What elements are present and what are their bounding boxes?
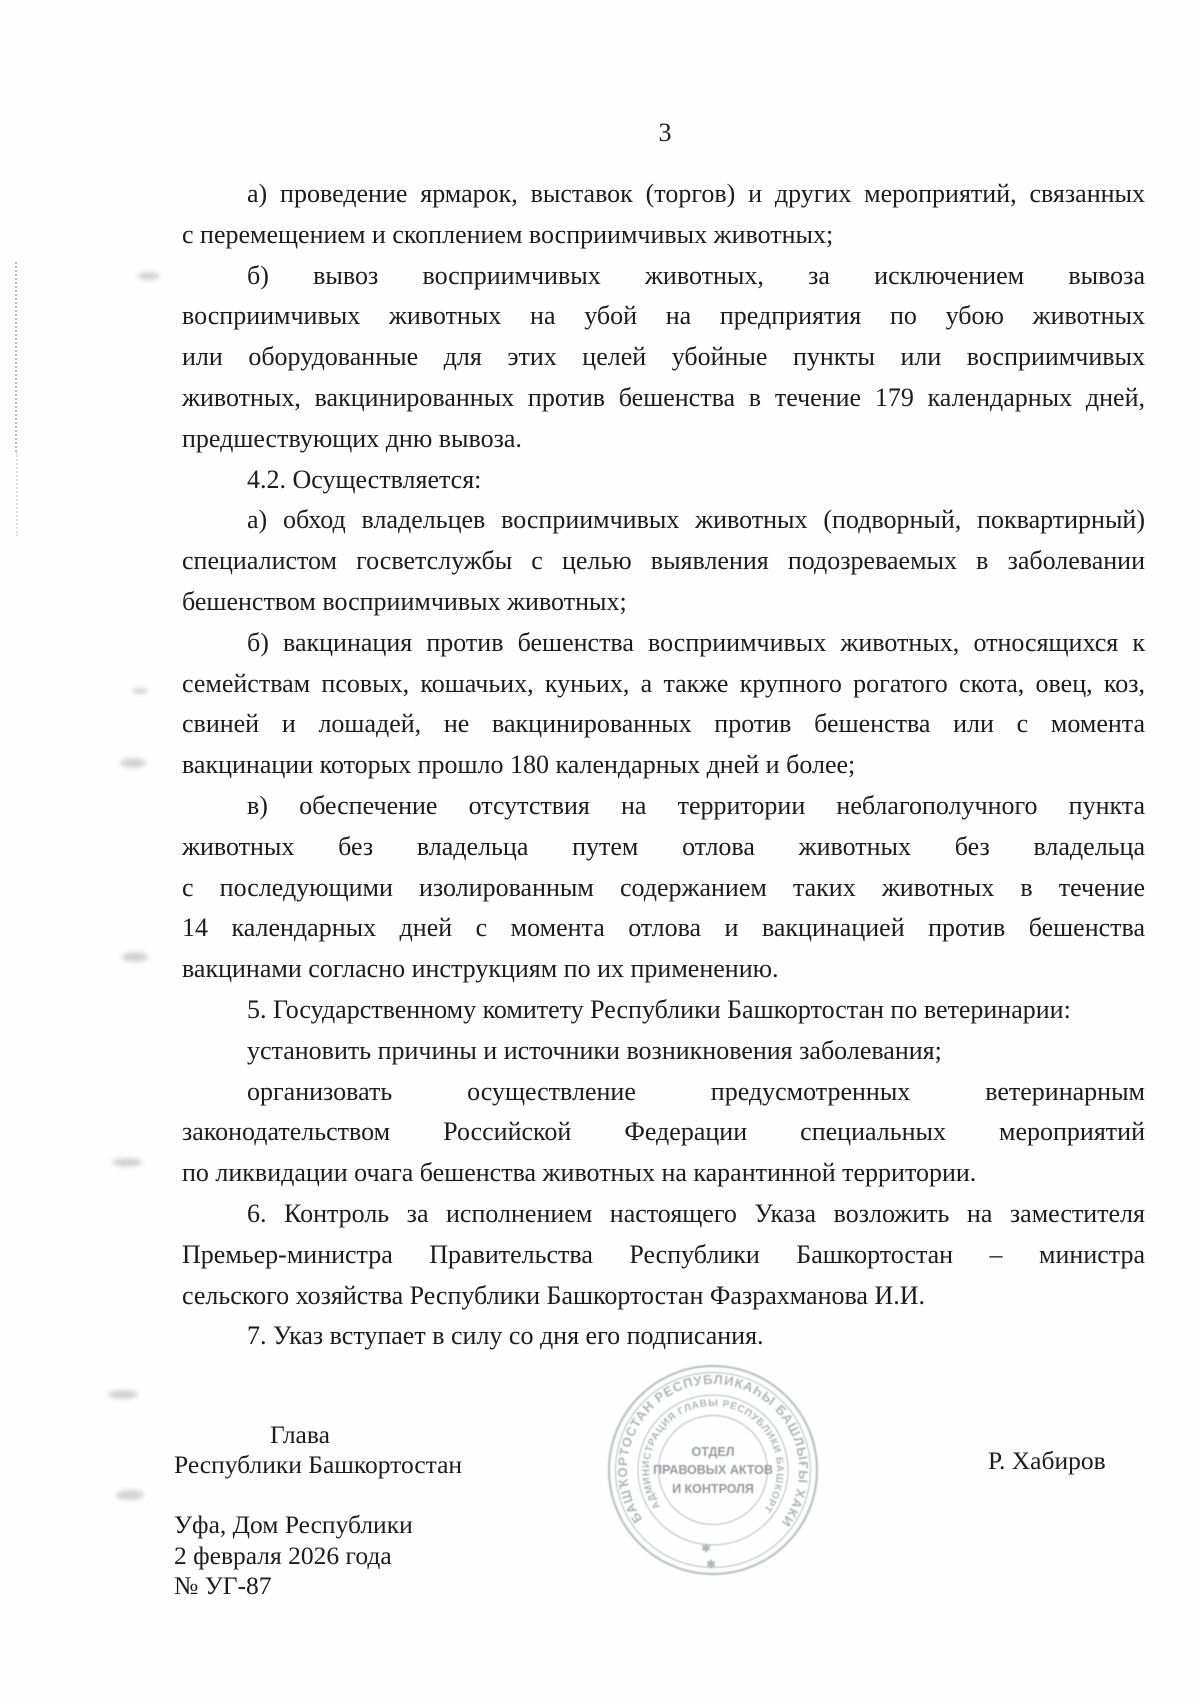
text-line: по ликвидации очага бешенства животных н… bbox=[182, 1153, 1145, 1194]
signatory-title-line2: Республики Башкортостан bbox=[174, 1450, 474, 1480]
official-round-stamp: БАШҠОРТОСТАН РЕСПУБЛИКАҺЫ БАШЛЫҒЫ ХАКИМИ… bbox=[595, 1352, 835, 1592]
text-line: вакцинами согласно инструкциям по их при… bbox=[182, 949, 1145, 990]
text-line: б) вывоз восприимчивых животных, за искл… bbox=[182, 256, 1145, 297]
paragraph: 5. Государственному комитету Республики … bbox=[182, 990, 1145, 1031]
issuance-place: Уфа, Дом Республики bbox=[174, 1510, 514, 1541]
scan-smudge bbox=[138, 272, 160, 280]
text-line: 6. Контроль за исполнением настоящего Ук… bbox=[182, 1194, 1145, 1235]
scan-smudge bbox=[122, 952, 148, 962]
text-line: или оборудованные для этих целей убойные… bbox=[182, 337, 1145, 378]
paragraph: а) проведение ярмарок, выставок (торгов)… bbox=[182, 174, 1145, 256]
decree-number: № УГ-87 bbox=[174, 1571, 514, 1602]
issuance-date: 2 февраля 2026 года bbox=[174, 1541, 514, 1572]
stamp-center-line2: ПРАВОВЫХ АКТОВ bbox=[653, 1463, 773, 1477]
stamp-star-icon: ✱ bbox=[701, 1543, 710, 1555]
text-line: сельского хозяйства Республики Башкортос… bbox=[182, 1276, 1145, 1317]
document-body: а) проведение ярмарок, выставок (торгов)… bbox=[182, 174, 1145, 1357]
scan-artifact-line bbox=[16, 452, 18, 536]
text-line: с перемещением и скоплением восприимчивы… bbox=[182, 215, 1145, 256]
scan-artifact-line bbox=[15, 262, 17, 452]
signatory-title-line1: Глава bbox=[174, 1420, 474, 1450]
text-line: животных, вакцинированных против бешенст… bbox=[182, 378, 1145, 419]
text-line: животных без владельца путем отлова живо… bbox=[182, 827, 1145, 868]
text-line: 4.2. Осуществляется: bbox=[182, 460, 1145, 501]
text-line: б) вакцинация против бешенства восприимч… bbox=[182, 623, 1145, 664]
paragraph: б) вакцинация против бешенства восприимч… bbox=[182, 623, 1145, 786]
scan-smudge bbox=[108, 1390, 138, 1399]
signatory-name: Р. Хабиров bbox=[988, 1446, 1106, 1476]
scan-smudge bbox=[120, 758, 146, 768]
paragraph: 7. Указ вступает в силу со дня его подпи… bbox=[182, 1316, 1145, 1357]
scan-smudge bbox=[112, 1158, 142, 1167]
text-line: 7. Указ вступает в силу со дня его подпи… bbox=[182, 1316, 1145, 1357]
text-line: законодательством Российской Федерации с… bbox=[182, 1112, 1145, 1153]
stamp-center-line3: И КОНТРОЛЯ bbox=[672, 1482, 754, 1496]
text-line: вакцинации которых прошло 180 календарны… bbox=[182, 745, 1145, 786]
text-line: восприимчивых животных на убой на предпр… bbox=[182, 296, 1145, 337]
page-number: 3 bbox=[640, 118, 690, 148]
signature-block: Глава Республики Башкортостан bbox=[174, 1420, 474, 1480]
text-line: организовать осуществление предусмотренн… bbox=[182, 1072, 1145, 1113]
paragraph: установить причины и источники возникнов… bbox=[182, 1031, 1145, 1072]
text-line: установить причины и источники возникнов… bbox=[182, 1031, 1145, 1072]
paragraph: б) вывоз восприимчивых животных, за искл… bbox=[182, 256, 1145, 460]
scanned-document-page: 3 а) проведение ярмарок, выставок (торго… bbox=[0, 0, 1200, 1697]
text-line: специалистом госветслужбы с целью выявле… bbox=[182, 541, 1145, 582]
scan-smudge bbox=[132, 688, 148, 694]
text-line: а) обход владельцев восприимчивых животн… bbox=[182, 500, 1145, 541]
text-line: с последующими изолированным содержанием… bbox=[182, 868, 1145, 909]
paragraph: 4.2. Осуществляется: bbox=[182, 460, 1145, 501]
stamp-center-line1: ОТДЕЛ bbox=[691, 1445, 734, 1459]
paragraph: 6. Контроль за исполнением настоящего Ук… bbox=[182, 1194, 1145, 1316]
paragraph: организовать осуществление предусмотренн… bbox=[182, 1072, 1145, 1194]
paragraph: а) обход владельцев восприимчивых животн… bbox=[182, 500, 1145, 622]
stamp-center-text: ОТДЕЛ ПРАВОВЫХ АКТОВ И КОНТРОЛЯ bbox=[653, 1445, 773, 1496]
text-line: семействам псовых, кошачьих, куньих, а т… bbox=[182, 664, 1145, 705]
text-line: Премьер-министра Правительства Республик… bbox=[182, 1235, 1145, 1276]
text-line: свиней и лошадей, не вакцинированных про… bbox=[182, 704, 1145, 745]
text-line: 14 календарных дней с момента отлова и в… bbox=[182, 908, 1145, 949]
text-line: бешенством восприимчивых животных; bbox=[182, 582, 1145, 623]
text-line: а) проведение ярмарок, выставок (торгов)… bbox=[182, 174, 1145, 215]
text-line: в) обеспечение отсутствия на территории … bbox=[182, 786, 1145, 827]
stamp-star-icon: ✱ bbox=[706, 1559, 715, 1571]
issuance-block: Уфа, Дом Республики 2 февраля 2026 года … bbox=[174, 1510, 514, 1602]
paragraph: в) обеспечение отсутствия на территории … bbox=[182, 786, 1145, 990]
scan-smudge bbox=[116, 1490, 144, 1500]
text-line: 5. Государственному комитету Республики … bbox=[182, 990, 1145, 1031]
text-line: предшествующих дню вывоза. bbox=[182, 419, 1145, 460]
